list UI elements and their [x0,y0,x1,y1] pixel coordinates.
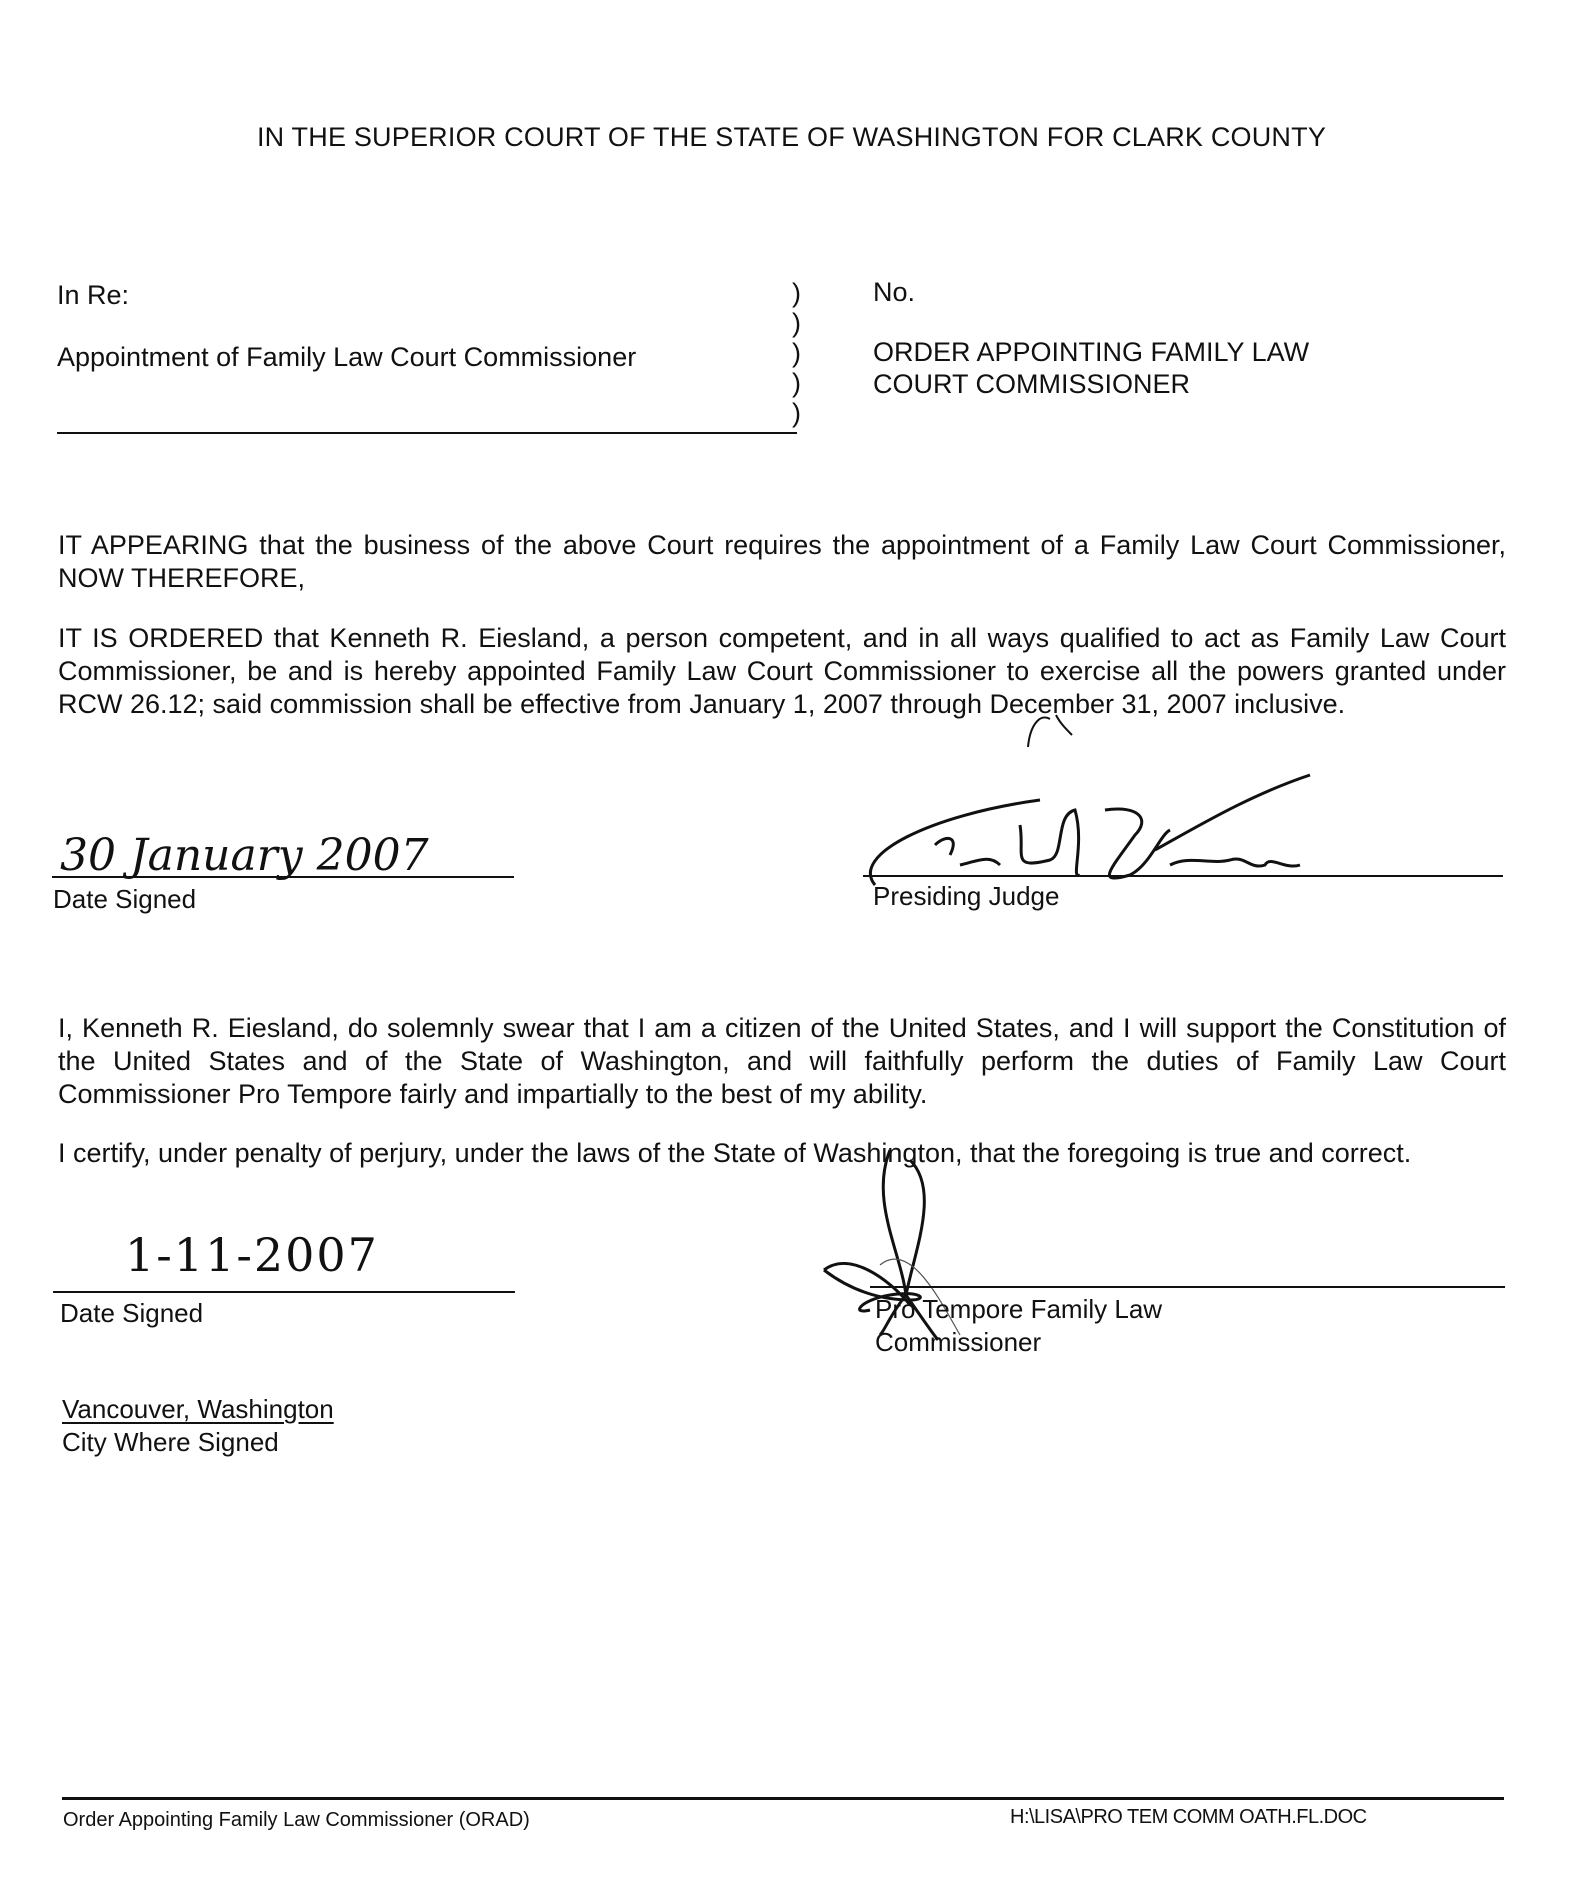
judge-date-line [52,876,514,878]
appearing-paragraph: IT APPEARING that the business of the ab… [58,529,1506,595]
commissioner-date-handwritten: 1-11-2007 [125,1228,379,1282]
handwritten-correction-mark [1020,705,1100,755]
certify-paragraph: I certify, under penalty of perjury, und… [58,1136,1558,1171]
ordered-paragraph: IT IS ORDERED that Kenneth R. Eiesland, … [58,622,1506,721]
commissioner-signer-label-line1: Pro Tempore Family Law [875,1293,1162,1326]
paren: ) [792,338,801,368]
oath-paragraph: I, Kenneth R. Eiesland, do solemnly swea… [58,1012,1506,1111]
footer-rule [62,1797,1504,1800]
paren: ) [792,368,801,398]
document-title-line2: COURT COMMISSIONER [873,368,1309,400]
judge-signature-line [863,875,1503,877]
in-re-label: In Re: [57,278,129,313]
document-title: ORDER APPOINTING FAMILY LAW COURT COMMIS… [873,336,1309,400]
commissioner-signer-label-line2: Commissioner [875,1326,1162,1359]
paren: ) [792,278,801,308]
commissioner-date-line [53,1291,515,1293]
commissioner-date-label: Date Signed [60,1298,203,1329]
judge-signature [850,775,1410,895]
case-number: No. [873,275,915,310]
judge-signer-label: Presiding Judge [873,881,1059,912]
court-title: IN THE SUPERIOR COURT OF THE STATE OF WA… [0,122,1583,153]
matter-title: Appointment of Family Law Court Commissi… [57,340,636,375]
commissioner-signer-label: Pro Tempore Family Law Commissioner [875,1293,1162,1359]
footer-form-name: Order Appointing Family Law Commissioner… [63,1809,530,1832]
caption-parens: ) ) ) ) ) [792,278,801,428]
caption-divider [57,432,797,434]
paren: ) [792,308,801,338]
judge-date-handwritten: 30 January 2007 [60,830,429,881]
case-number-label: No. [873,277,915,307]
paren: ) [792,398,801,428]
judge-date-label: Date Signed [53,884,196,915]
city-value: Vancouver, Washington [62,1394,334,1425]
document-title-line1: ORDER APPOINTING FAMILY LAW [873,336,1309,368]
commissioner-signature-line [870,1286,1505,1288]
footer-file-path: H:\LISA\PRO TEM COMM OATH.FL.DOC [1010,1806,1367,1829]
city-label: City Where Signed [62,1427,279,1458]
